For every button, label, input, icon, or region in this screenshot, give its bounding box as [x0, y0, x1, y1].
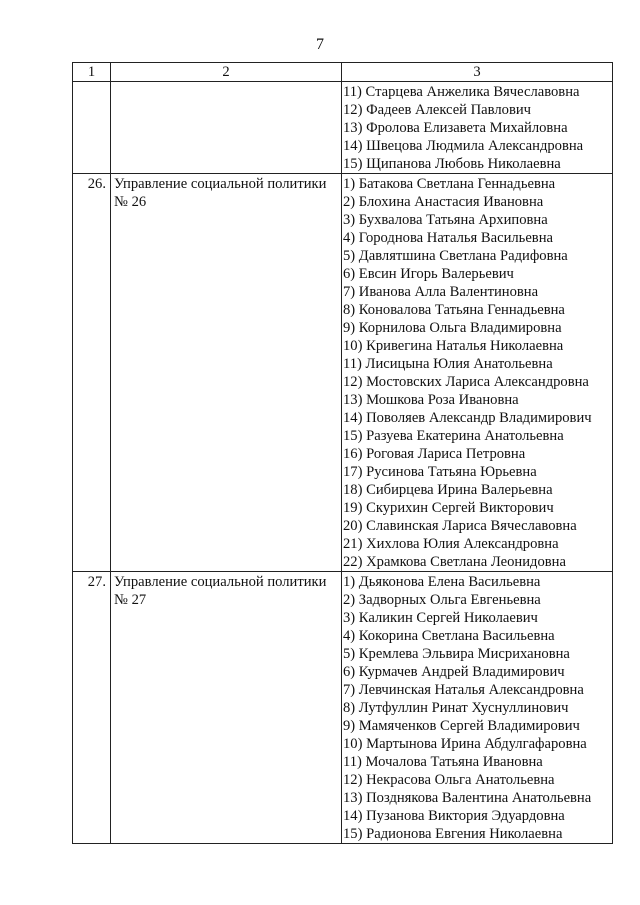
member-name: 22) Храмкова Светлана Леонидовна: [343, 553, 612, 571]
member-name: 13) Фролова Елизавета Михайловна: [343, 119, 612, 137]
member-name: 20) Славинская Лариса Вячеславовна: [343, 517, 612, 535]
row-number: 26.: [73, 174, 111, 572]
member-name: 5) Давлятшина Светлана Радифовна: [343, 247, 612, 265]
organization-name: [111, 82, 342, 174]
member-name: 7) Иванова Алла Валентиновна: [343, 283, 612, 301]
member-name: 13) Мошкова Роза Ивановна: [343, 391, 612, 409]
member-name: 21) Хихлова Юлия Александровна: [343, 535, 612, 553]
member-name: 9) Мамяченков Сергей Владимирович: [343, 717, 612, 735]
member-name: 11) Старцева Анжелика Вячеславовна: [343, 83, 612, 101]
member-name: 3) Бухвалова Татьяна Архиповна: [343, 211, 612, 229]
member-name: 13) Позднякова Валентина Анатольевна: [343, 789, 612, 807]
member-name: 15) Щипанова Любовь Николаевна: [343, 155, 612, 173]
member-name: 2) Блохина Анастасия Ивановна: [343, 193, 612, 211]
member-name: 7) Левчинская Наталья Александровна: [343, 681, 612, 699]
member-name: 14) Поволяев Александр Владимирович: [343, 409, 612, 427]
table-header-row: 1 2 3: [73, 63, 613, 82]
member-name: 12) Фадеев Алексей Павлович: [343, 101, 612, 119]
row-number: 27.: [73, 572, 111, 844]
member-name: 4) Городнова Наталья Васильевна: [343, 229, 612, 247]
member-name: 11) Лисицына Юлия Анатольевна: [343, 355, 612, 373]
page-number: 7: [0, 36, 640, 54]
member-name: 4) Кокорина Светлана Васильевна: [343, 627, 612, 645]
member-name: 3) Каликин Сергей Николаевич: [343, 609, 612, 627]
member-name: 9) Корнилова Ольга Владимировна: [343, 319, 612, 337]
member-name: 1) Батакова Светлана Геннадьевна: [343, 175, 612, 193]
table-row: 11) Старцева Анжелика Вячеславовна12) Фа…: [73, 82, 613, 174]
member-list: 1) Дьяконова Елена Васильевна2) Задворны…: [342, 572, 613, 844]
member-name: 17) Русинова Татьяна Юрьевна: [343, 463, 612, 481]
member-name: 8) Коновалова Татьяна Геннадьевна: [343, 301, 612, 319]
column-header-3: 3: [342, 63, 613, 82]
member-name: 10) Мартынова Ирина Абдулгафаровна: [343, 735, 612, 753]
member-name: 12) Некрасова Ольга Анатольевна: [343, 771, 612, 789]
member-name: 2) Задворных Ольга Евгеньевна: [343, 591, 612, 609]
member-name: 1) Дьяконова Елена Васильевна: [343, 573, 612, 591]
member-name: 8) Лутфуллин Ринат Хуснуллинович: [343, 699, 612, 717]
member-name: 16) Роговая Лариса Петровна: [343, 445, 612, 463]
member-name: 11) Мочалова Татьяна Ивановна: [343, 753, 612, 771]
member-name: 6) Курмачев Андрей Владимирович: [343, 663, 612, 681]
member-name: 15) Разуева Екатерина Анатольевна: [343, 427, 612, 445]
member-name: 5) Кремлева Эльвира Мисрихановна: [343, 645, 612, 663]
table-row: 26.Управление социальной политики № 261)…: [73, 174, 613, 572]
column-header-2: 2: [111, 63, 342, 82]
member-name: 10) Кривегина Наталья Николаевна: [343, 337, 612, 355]
member-name: 6) Евсин Игорь Валерьевич: [343, 265, 612, 283]
organization-name: Управление социальной политики № 26: [111, 174, 342, 572]
column-header-1: 1: [73, 63, 111, 82]
member-name: 14) Швецова Людмила Александровна: [343, 137, 612, 155]
member-name: 14) Пузанова Виктория Эдуардовна: [343, 807, 612, 825]
member-name: 12) Мостовских Лариса Александровна: [343, 373, 612, 391]
member-name: 18) Сибирцева Ирина Валерьевна: [343, 481, 612, 499]
member-list: 1) Батакова Светлана Геннадьевна2) Блохи…: [342, 174, 613, 572]
row-number: [73, 82, 111, 174]
member-list: 11) Старцева Анжелика Вячеславовна12) Фа…: [342, 82, 613, 174]
personnel-table: 1 2 3 11) Старцева Анжелика Вячеславовна…: [72, 62, 613, 844]
organization-name: Управление социальной политики № 27: [111, 572, 342, 844]
table-row: 27.Управление социальной политики № 271)…: [73, 572, 613, 844]
member-name: 15) Радионова Евгения Николаевна: [343, 825, 612, 843]
member-name: 19) Скурихин Сергей Викторович: [343, 499, 612, 517]
